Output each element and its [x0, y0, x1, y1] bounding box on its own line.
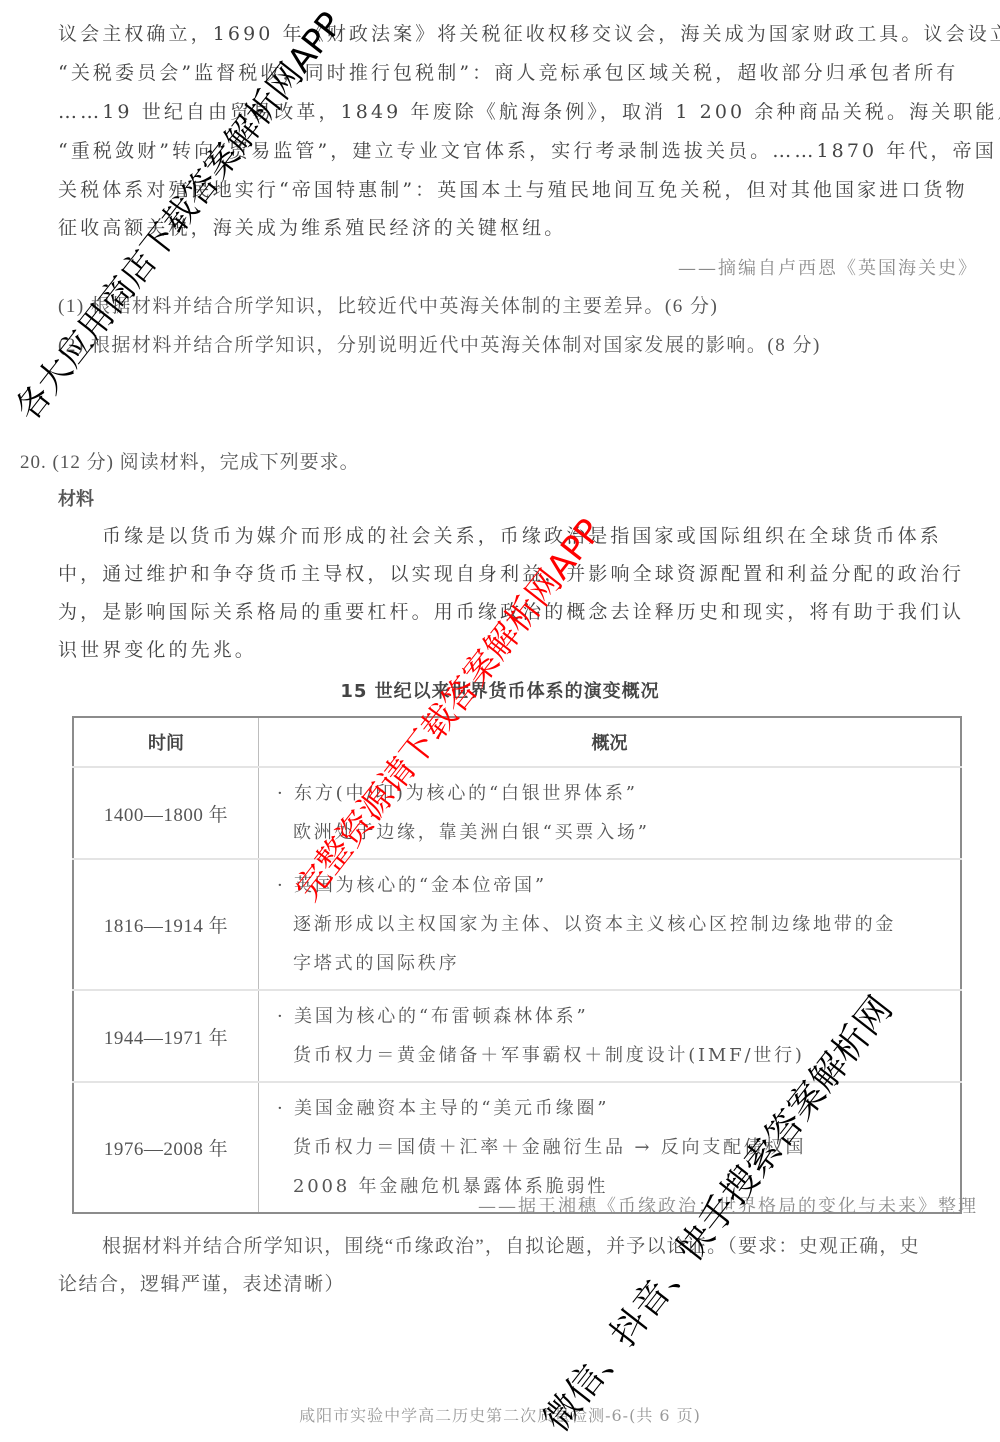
- q19-material-line: ……19 世纪自由贸易改革，1849 年废除《航海条例》，取消 1 200 余种…: [58, 100, 1000, 124]
- q20-paragraph-line: 中，通过维护和争夺货币主导权，以实现自身利益，并影响全球资源配置和利益分配的政治…: [58, 562, 964, 586]
- q19-material-line: “关税委员会”监督税收，同时推行包税制”：商人竞标承包区域关税，超收部分归承包者…: [58, 61, 958, 85]
- currency-system-table: 时间 概况 1400—1800 年 · 东方(中/印)为核心的“白银世界体系” …: [72, 716, 962, 1214]
- overview-line: · 英国为核心的“金本位帝国”: [277, 866, 960, 905]
- q20-task-line: 根据材料并结合所学知识，围绕“币缘政治”，自拟论题，并予以论证。（要求：史观正确…: [102, 1231, 920, 1258]
- period-cell: 1400—1800 年: [73, 767, 259, 859]
- q19-source-citation: ——摘编自卢西恩《英国海关史》: [678, 254, 978, 280]
- overview-line: 字塔式的国际秩序: [277, 944, 960, 983]
- overview-line: 货币权力＝国债＋汇率＋金融衍生品 → 反向支配债权国: [277, 1128, 960, 1167]
- page-footer: 咸阳市实验中学高二历史第二次质量检测-6-(共 6 页): [0, 1403, 1000, 1426]
- q20-header: 20. (12 分) 阅读材料，完成下列要求。: [20, 447, 360, 474]
- q19-subquestion-2: (2) 根据材料并结合所学知识，分别说明近代中英海关体制对国家发展的影响。(8 …: [58, 330, 821, 357]
- q20-paragraph-line: 识世界变化的先兆。: [58, 638, 257, 662]
- q19-subquestion-1: (1) 根据材料并结合所学知识，比较近代中英海关体制的主要差异。(6 分): [58, 291, 718, 318]
- overview-cell: · 英国为核心的“金本位帝国” 逐渐形成以主权国家为主体、以资本主义核心区控制边…: [259, 859, 962, 990]
- q20-paragraph-line: 币缘是以货币为媒介而形成的社会关系，币缘政治是指国家或国际组织在全球货币体系: [102, 524, 942, 548]
- period-cell: 1816—1914 年: [73, 859, 259, 990]
- header-period: 时间: [73, 717, 259, 767]
- period-cell: 1944—1971 年: [73, 990, 259, 1082]
- q20-task-line: 论结合，逻辑严谨，表述清晰）: [58, 1269, 345, 1296]
- table-row: 1400—1800 年 · 东方(中/印)为核心的“白银世界体系” 欧洲处于边缘…: [73, 767, 961, 859]
- table-row: 1816—1914 年 · 英国为核心的“金本位帝国” 逐渐形成以主权国家为主体…: [73, 859, 961, 990]
- material-label: 材料: [58, 485, 94, 511]
- q19-material-line: 议会主权确立，1690 年《财政法案》将关税征收权移交议会，海关成为国家财政工具…: [58, 22, 1000, 46]
- period-cell: 1976—2008 年: [73, 1082, 259, 1213]
- table-title: 15 世纪以来世界货币体系的演变概况: [0, 677, 1000, 703]
- overview-line: 逐渐形成以主权国家为主体、以资本主义核心区控制边缘地带的金: [277, 905, 960, 944]
- overview-line: · 美国金融资本主导的“美元币缘圈”: [277, 1089, 960, 1128]
- table-header-row: 时间 概况: [73, 717, 961, 767]
- header-overview: 概况: [259, 717, 962, 767]
